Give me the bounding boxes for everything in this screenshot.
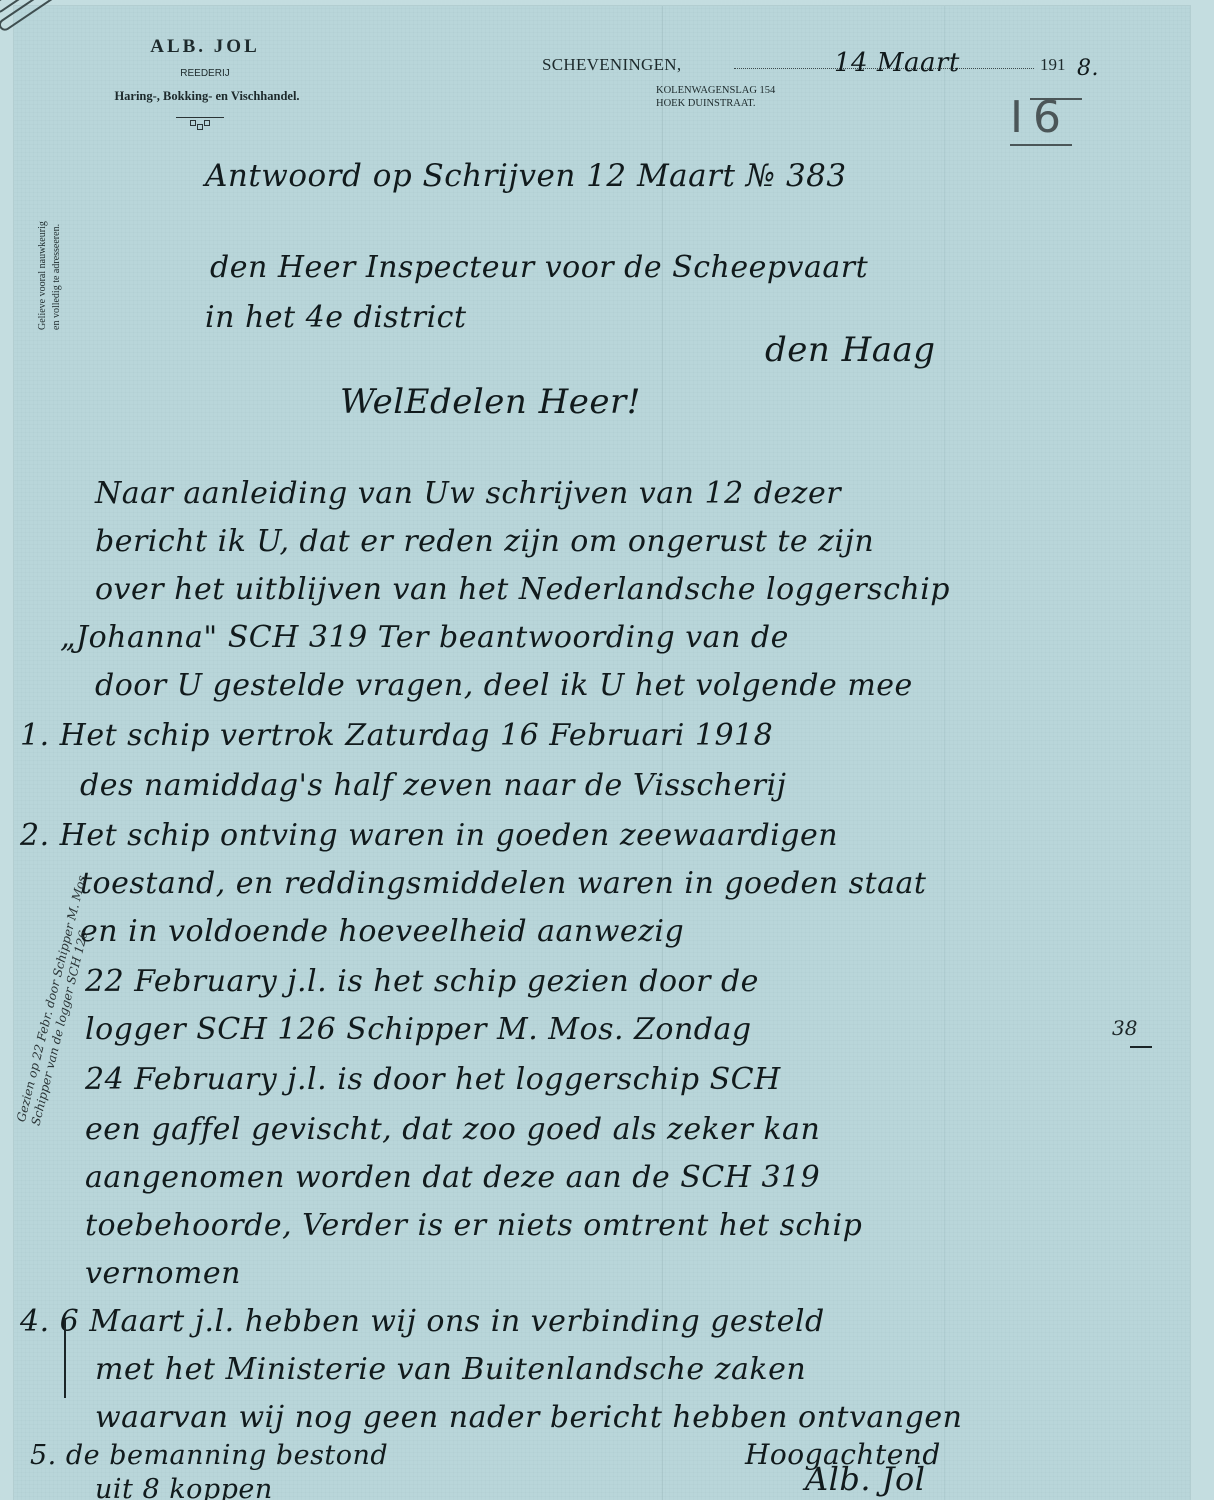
side-note: Gelieve vooral nauwkeurig en volledig te…: [36, 150, 64, 330]
letterhead-rule: [176, 117, 224, 118]
fold-line: [662, 6, 663, 1500]
body-line: logger SCH 126 Schipper M. Mos. Zondag: [85, 1012, 752, 1047]
body-line: bericht ik U, dat er reden zijn om onger…: [95, 524, 874, 559]
place-name: SCHEVENINGEN,: [542, 55, 681, 75]
reference-line: Antwoord op Schrijven 12 Maart № 383: [205, 158, 847, 194]
body-line: vernomen: [85, 1256, 241, 1291]
fold-line: [944, 6, 945, 1500]
company-address: KOLENWAGENSLAG 154 HOEK DUINSTRAAT.: [656, 84, 775, 110]
body-line: toebehoorde, Verder is er niets omtrent …: [85, 1208, 862, 1243]
reference-number-mark: 38: [1112, 1016, 1137, 1040]
body-line: uit 8 koppen: [95, 1474, 273, 1500]
body-line: door U gestelde vragen, deel ik U het vo…: [95, 668, 913, 703]
body-line: 22 February j.l. is het schip gezien doo…: [85, 964, 759, 999]
body-line: over het uitblijven van het Nederlandsch…: [95, 572, 950, 607]
address-line: HOEK DUINSTRAAT.: [656, 97, 775, 110]
body-line: met het Ministerie van Buitenlandsche za…: [95, 1352, 806, 1387]
handwritten-date: 14 Maart: [834, 48, 960, 78]
body-line: Naar aanleiding van Uw schrijven van 12 …: [95, 476, 841, 511]
ornament-icon: [190, 120, 210, 130]
list-item-1: 1. Het schip vertrok Zaturdag 16 Februar…: [20, 718, 773, 753]
signature: Alb. Jol: [805, 1460, 926, 1498]
list-item-2: 2. Het schip ontving waren in goeden zee…: [20, 818, 838, 853]
recipient-line: den Heer Inspecteur voor de Scheepvaart: [210, 250, 868, 285]
body-line: waarvan wij nog geen nader bericht hebbe…: [95, 1400, 962, 1435]
body-line: 24 February j.l. is door het loggerschip…: [85, 1062, 781, 1097]
body-line: toestand, en reddingsmiddelen waren in g…: [80, 866, 926, 901]
list-item-5: 5. de bemanning bestond: [30, 1440, 388, 1471]
body-line: en in voldoende hoeveelheid aanwezig: [80, 914, 684, 949]
company-trade: Haring-, Bokking- en Vischhandel.: [52, 89, 362, 104]
company-subtitle: REEDERIJ: [120, 68, 290, 79]
handwritten-year-digit: 8.: [1077, 56, 1099, 81]
body-line: aangenomen worden dat deze aan de SCH 31…: [85, 1160, 820, 1195]
margin-bracket: [64, 1318, 66, 1398]
body-line: een gaffel gevischt, dat zoo goed als ze…: [85, 1112, 820, 1147]
salutation: WelEdelen Heer!: [340, 382, 641, 422]
list-item-4: 4. 6 Maart j.l. hebben wij ons in verbin…: [20, 1304, 825, 1339]
archive-mark: I6: [1010, 92, 1071, 143]
recipient-city: den Haag: [765, 330, 936, 370]
printed-year: 191: [1040, 55, 1066, 75]
recipient-line: in het 4e district: [205, 300, 467, 335]
body-line: des namiddag's half zeven naar de Vissch…: [80, 768, 786, 803]
address-line: KOLENWAGENSLAG 154: [656, 84, 775, 97]
company-name: ALB. JOL: [120, 36, 290, 58]
body-line: „Johanna" SCH 319 Ter beantwoording van …: [60, 620, 789, 655]
